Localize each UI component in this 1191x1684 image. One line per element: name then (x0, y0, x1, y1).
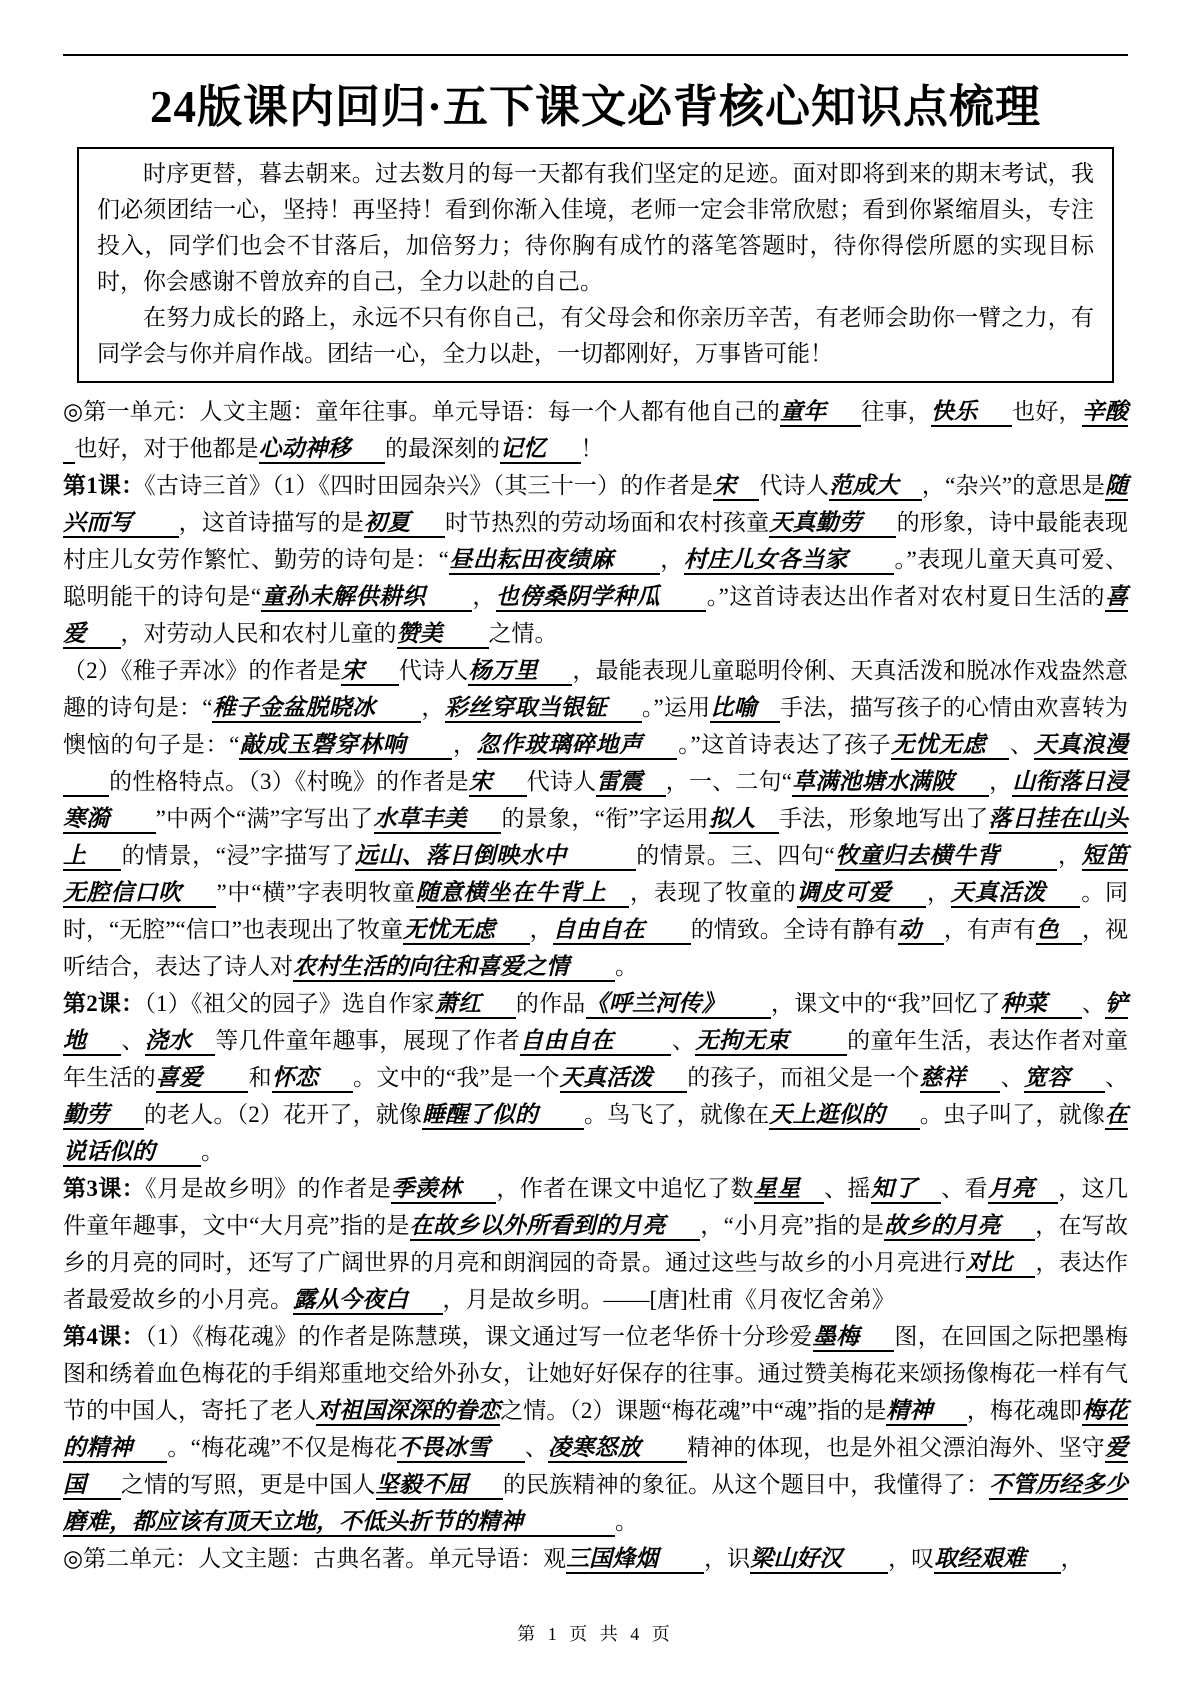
body-content: ◎第一单元：人文主题：童年往事。单元导语：每一个人都有他自己的童年往事，快乐也好… (63, 393, 1128, 1577)
answer-blank: 梁山好汉 (750, 1546, 888, 1574)
answer-blank: 种菜 (1001, 991, 1082, 1019)
answer-blank: 初夏 (364, 510, 445, 538)
answer-blank: 故乡的月亮 (884, 1213, 1035, 1241)
answer-blank: 村庄儿女各当家 (684, 547, 894, 575)
answer-blank: 宋 (713, 473, 759, 501)
answer-blank: 《呼兰河传》 (586, 991, 771, 1019)
answer-blank: 知了 (871, 1176, 941, 1204)
answer-blank: 水草丰美 (374, 806, 502, 834)
answer-blank: 怀恋 (272, 1065, 353, 1093)
answer-blank: 随意横坐在牛背上 (416, 880, 629, 908)
intro-paragraph: 在努力成长的路上，永远不只有你自己，有父母会和你亲历辛苦，有老师会助你一臂之力，… (97, 300, 1094, 372)
answer-blank: 萧红 (435, 991, 516, 1019)
answer-blank: 勤劳 (63, 1102, 144, 1130)
paragraph-lead: 第4课： (63, 1324, 145, 1349)
answer-blank: 在故乡以外所看到的月亮 (410, 1213, 700, 1241)
answer-blank: 不畏冰雪 (397, 1435, 524, 1463)
answer-blank: 露从今夜白 (293, 1287, 443, 1315)
answer-blank: 宋 (469, 769, 527, 797)
answer-blank: 也傍桑阴学种瓜 (496, 584, 706, 612)
answer-blank: 不管历经多少磨难，都应该有顶天立地，不低头折节的精神 (63, 1472, 1128, 1537)
body-paragraph: 第3课：《月是故乡明》的作者是季羡林，作者在课文中追忆了数星星、摇知了、看月亮，… (63, 1170, 1128, 1318)
answer-blank: 稚子金盆脱晓冰 (212, 695, 421, 723)
answer-blank: 童孙未解供耕织 (261, 584, 472, 612)
answer-blank: 三国烽烟 (566, 1546, 704, 1574)
body-paragraph: 第1课：《古诗三首》（1）《四时田园杂兴》（其三十一）的作者是宋代诗人范成大，“… (63, 467, 1128, 652)
answer-blank: 敲成玉磬穿林响 (239, 732, 452, 760)
answer-blank: 慈祥 (920, 1065, 1001, 1093)
answer-blank: 赞美 (397, 621, 489, 649)
answer-blank: 自由自在 (553, 917, 691, 945)
answer-blank: 在说话似的 (63, 1102, 1128, 1167)
answer-blank: 无忧无虑 (891, 732, 1009, 760)
answer-blank: 对比 (966, 1250, 1035, 1278)
body-paragraph: ◎第一单元：人文主题：童年往事。单元导语：每一个人都有他自己的童年往事，快乐也好… (63, 393, 1128, 467)
intro-paragraph: 时序更替，暮去朝来。过去数月的每一天都有我们坚定的足迹。面对即将到来的期末考试，… (97, 156, 1094, 300)
answer-blank: 星星 (754, 1176, 824, 1204)
answer-blank: 色 (1036, 917, 1082, 945)
body-paragraph: （2）《稚子弄冰》的作者是宋代诗人杨万里，最能表现儿童聪明伶俐、天真活泼和脱冰作… (63, 652, 1128, 985)
answer-blank: 月亮 (988, 1176, 1058, 1204)
answer-blank: 取经艰难 (934, 1546, 1061, 1574)
answer-blank: 拟人 (709, 806, 779, 834)
answer-blank: 快乐 (931, 399, 1012, 427)
answer-blank: 自由自在 (520, 1028, 671, 1056)
answer-blank: 浇水 (145, 1028, 215, 1056)
paragraph-lead: 第3课： (63, 1176, 145, 1201)
answer-blank: 牧童归去横牛背 (835, 843, 1058, 871)
answer-blank: 心动神移 (259, 436, 386, 464)
answer-blank: 动 (898, 917, 944, 945)
answer-blank: 天真活泼 (951, 880, 1081, 908)
answer-blank: 农村生活的向往和喜爱之情 (293, 954, 615, 982)
answer-blank: 无拘无束 (695, 1028, 846, 1056)
answer-blank: 忽作玻璃碎地声 (477, 732, 678, 760)
paragraph-lead: 第2课： (63, 991, 144, 1016)
body-paragraph: 第4课：（1）《梅花魂》的作者是陈慧瑛，课文通过写一位老华侨十分珍爱墨梅图，在回… (63, 1318, 1128, 1540)
answer-blank: 雷震 (596, 769, 665, 797)
body-paragraph: 第2课：（1）《祖父的园子》选自作家萧红的作品《呼兰河传》，课文中的“我”回忆了… (63, 985, 1128, 1170)
answer-blank: 季羡林 (391, 1176, 496, 1204)
answer-blank: 天真活泼 (560, 1065, 687, 1093)
answer-blank: 天上逛似的 (769, 1102, 919, 1130)
page-title: 24版课内回归·五下课文必背核心知识点梳理 (63, 70, 1128, 135)
answer-blank: 宽容 (1024, 1065, 1105, 1093)
answer-blank: 对祖国深深的眷恋 (316, 1398, 500, 1426)
answer-blank: 杨万里 (468, 658, 572, 686)
answer-blank: 天真勤劳 (769, 510, 896, 538)
answer-blank: 宋 (341, 658, 399, 686)
answer-blank: 坚毅不屈 (376, 1472, 503, 1500)
intro-box: 时序更替，暮去朝来。过去数月的每一天都有我们坚定的足迹。面对即将到来的期末考试，… (77, 147, 1114, 383)
body-paragraph: ◎第二单元：人文主题：古典名著。单元导语：观三国烽烟，识梁山好汉，叹取经艰难， (63, 1540, 1128, 1577)
header-rule-divider (63, 54, 1128, 56)
answer-blank: 比喻 (710, 695, 779, 723)
answer-blank: 喜爱 (156, 1065, 248, 1093)
page-number-footer: 第 1 页 共 4 页 (0, 1620, 1191, 1646)
answer-blank: 精神 (886, 1398, 967, 1426)
answer-blank: 随兴而写 (63, 473, 1128, 538)
answer-blank: 彩丝穿取当银钲 (445, 695, 642, 723)
answer-blank: 昼出耘田夜绩麻 (449, 547, 660, 575)
answer-blank: 童年 (780, 399, 861, 427)
document-page: 24版课内回归·五下课文必背核心知识点梳理 时序更替，暮去朝来。过去数月的每一天… (0, 0, 1191, 1684)
answer-blank: 无忧无虑 (403, 917, 530, 945)
answer-blank: 范成大 (829, 473, 922, 501)
answer-blank: 墨梅 (813, 1324, 894, 1352)
answer-blank: 草满池塘水满陂 (792, 769, 989, 797)
answer-blank: 远山、落日倒映水中 (355, 843, 636, 871)
answer-blank: 凌寒怒放 (548, 1435, 687, 1463)
answer-blank: 调皮可爱 (797, 880, 927, 908)
paragraph-lead: 第1课： (63, 473, 144, 498)
answer-blank: 睡醒了似的 (422, 1102, 584, 1130)
answer-blank: 记忆 (500, 436, 581, 464)
